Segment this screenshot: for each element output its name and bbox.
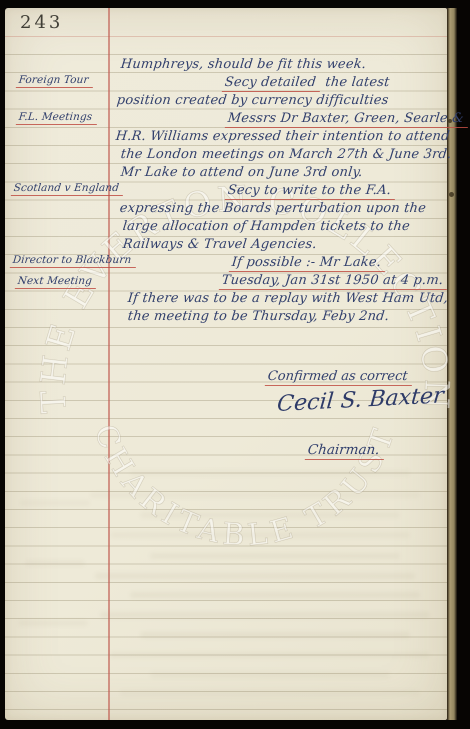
margin-heading: Next Meeting <box>17 275 98 287</box>
manuscript-line-text: large allocation of Hampden tickets to t… <box>122 219 411 234</box>
manuscript-line-text: H.R. Williams expressed their intention … <box>115 129 450 144</box>
manuscript-line-text: the latest <box>320 75 390 90</box>
manuscript-line-text: the meeting to be Thursday, Feby 2nd. <box>127 309 390 324</box>
manuscript-line: Tuesday, Jan 31st 1950 at 4 p.m. <box>221 273 449 288</box>
page-number: 243 <box>20 12 63 33</box>
manuscript-line: expressing the Boards perturbation upon … <box>119 201 427 216</box>
confirmation-note: Confirmed as correct <box>267 369 413 384</box>
margin-heading-label: Next Meeting <box>15 275 98 289</box>
red-underlined-phrase: If possible :- Mr Lake. <box>229 255 387 272</box>
manuscript-line-text: the London meetings on March 27th & June… <box>120 147 452 162</box>
manuscript-line: Mr Lake to attend on June 3rd only. <box>120 165 363 180</box>
manuscript-line: Railways & Travel Agencies. <box>122 237 318 252</box>
margin-heading: Scotland v England <box>13 182 125 194</box>
manuscript-line-text: Humphreys, should be fit this week. <box>120 57 367 72</box>
manuscript-line: large allocation of Hampden tickets to t… <box>122 219 411 234</box>
manuscript-line-text: If there was to be a replay with West Ha… <box>127 291 449 306</box>
manuscript-line-text: expressing the Boards perturbation upon … <box>119 201 427 216</box>
red-underlined-phrase: Secy detailed <box>222 75 322 92</box>
margin-heading-label: F.L. Meetings <box>16 111 98 125</box>
ink-speck <box>449 192 454 197</box>
margin-heading: Foreign Tour <box>18 74 94 86</box>
margin-heading-label: Scotland v England <box>11 182 125 196</box>
margin-heading-label: Director to Blackburn <box>10 254 137 268</box>
manuscript-line: Secy to write to the F.A. <box>227 183 397 198</box>
manuscript-line: the London meetings on March 27th & June… <box>120 147 452 162</box>
manuscript-line: Humphreys, should be fit this week. <box>120 57 367 72</box>
red-underlined-phrase: Secy to write to the F.A. <box>225 183 397 200</box>
margin-heading-label: Foreign Tour <box>16 74 94 88</box>
manuscript-line: H.R. Williams expressed their intention … <box>115 129 450 144</box>
manuscript-line: If there was to be a replay with West Ha… <box>127 291 449 306</box>
manuscript-line: Messrs Dr Baxter, Green, Searle & <box>227 111 470 126</box>
manuscript-line-text: Railways & Travel Agencies. <box>122 237 318 252</box>
manuscript-line: position created by currency difficultie… <box>116 93 389 108</box>
manuscript-line-text: position created by currency difficultie… <box>116 93 389 108</box>
manuscript-line: Secy detailed the latest <box>224 75 390 90</box>
chairman-title: Chairman. <box>307 442 385 458</box>
red-margin-rule <box>108 8 110 720</box>
margin-heading: F.L. Meetings <box>18 111 98 123</box>
red-header-rule <box>5 36 447 37</box>
manuscript-line: the meeting to be Thursday, Feby 2nd. <box>127 309 390 324</box>
red-underlined-phrase: Tuesday, Jan 31st 1950 at 4 p.m. <box>219 273 449 290</box>
manuscript-line: If possible :- Mr Lake. <box>231 255 387 270</box>
manuscript-line-text: Mr Lake to attend on June 3rd only. <box>120 165 363 180</box>
margin-heading: Director to Blackburn <box>12 254 137 266</box>
red-underlined-phrase: Messrs Dr Baxter, Green, Searle & <box>225 111 470 128</box>
